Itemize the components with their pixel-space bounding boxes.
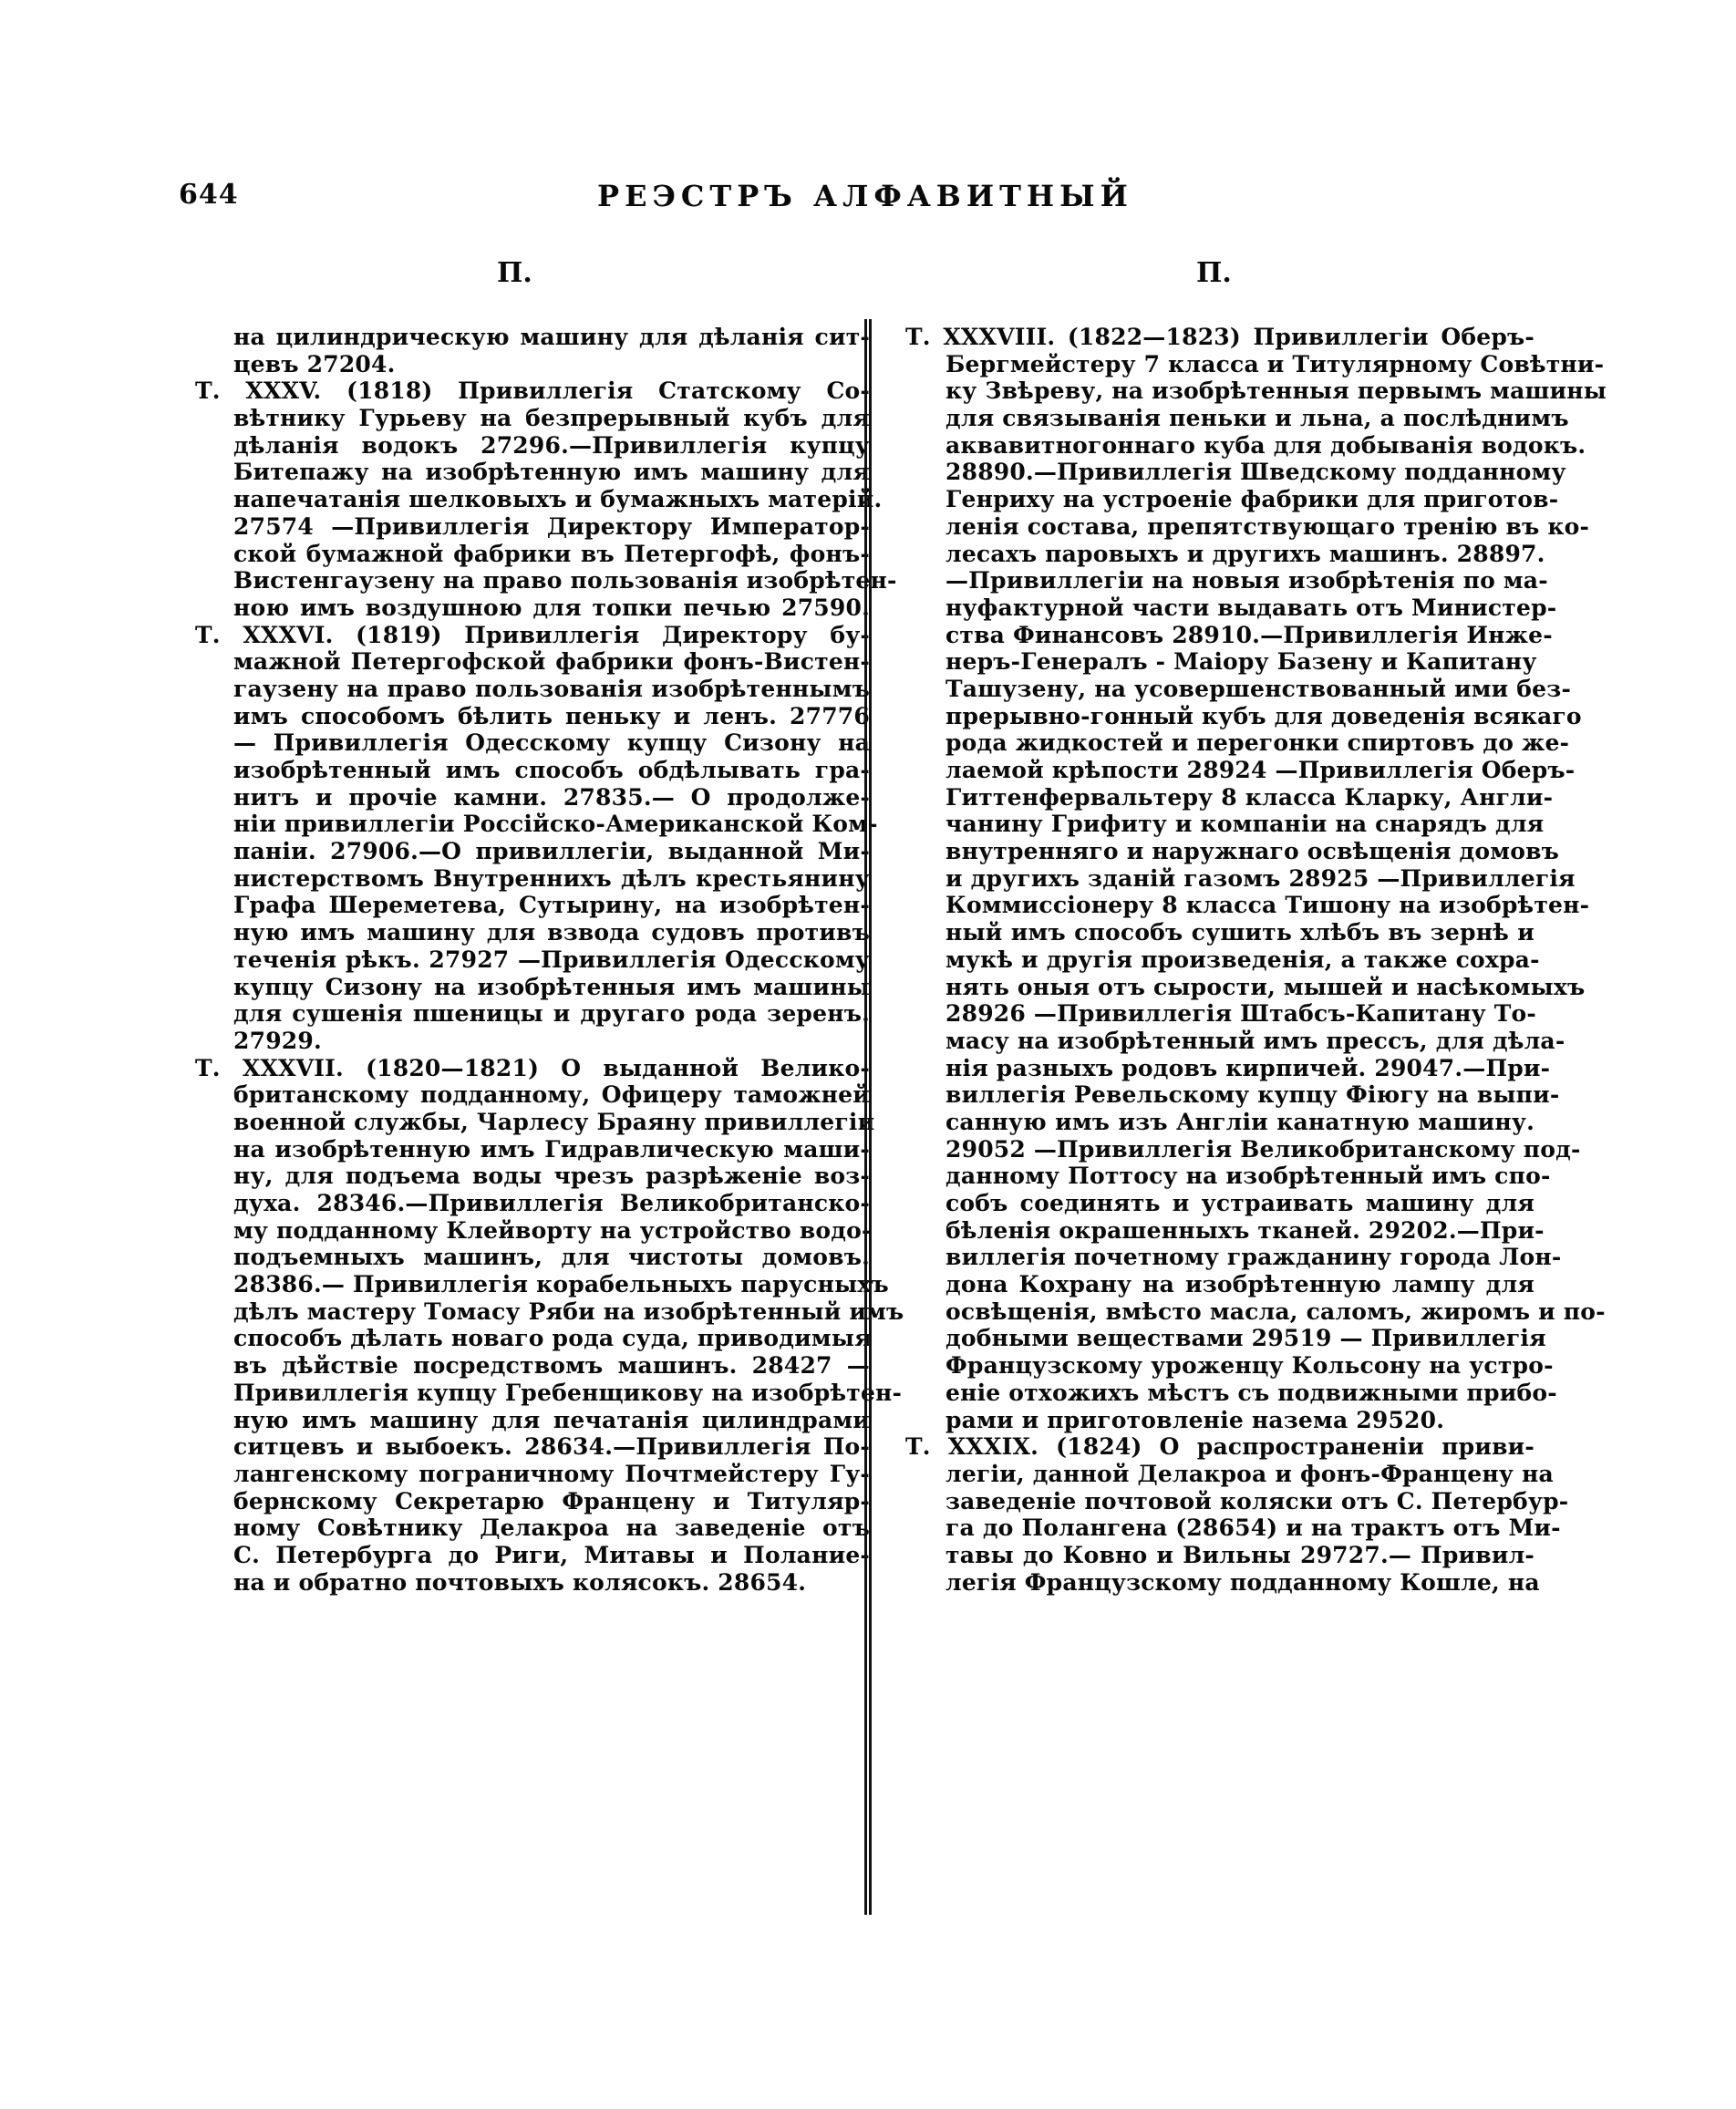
- running-head: 644 РЕЭСТРЪ АЛФАВИТНЫЙ: [0, 179, 1736, 215]
- text-line: для связыванія пеньки и льна, а послѣдни…: [905, 405, 1534, 432]
- text-line: прерывно-гонный кубъ для доведенія всяка…: [905, 703, 1534, 730]
- text-line: бернскому Секретарю Францену и Титуляр-: [195, 1488, 870, 1515]
- text-line: ному Совѣтнику Делакроа на заведеніе отъ: [195, 1515, 870, 1542]
- text-line: Привиллегія купцу Гребенщикову на изобрѣ…: [195, 1380, 870, 1407]
- text-line: Бергмейстеру 7 класса и Титулярному Совѣ…: [905, 351, 1534, 378]
- page-number: 644: [179, 179, 239, 211]
- text-line: рами и приготовленіе назема 29520.: [905, 1407, 1534, 1434]
- text-line: чанину Грифиту и компаніи на снарядъ для: [905, 811, 1534, 838]
- text-line: Ташузену, на усовершенствованный ими без…: [905, 676, 1534, 703]
- right-column: Т. XXXVIII. (1822—1823) Привиллегіи Обер…: [905, 324, 1534, 1596]
- register-entry-heading-line: Т. XXXVIII. (1822—1823) Привиллегіи Обер…: [905, 324, 1534, 351]
- text-line: бѣленія окрашенныхъ тканей. 29202.—При-: [905, 1217, 1534, 1245]
- text-line: изобрѣтенный имъ способъ обдѣлывать гра-: [195, 757, 870, 784]
- page-title: РЕЭСТРЪ АЛФАВИТНЫЙ: [597, 179, 1133, 213]
- text-line: ку Звѣреву, на изобрѣтенныя первымъ маши…: [905, 377, 1534, 405]
- text-line: аквавитногоннаго куба для добыванія водо…: [905, 432, 1534, 460]
- text-line: —Привиллегіи на новыя изобрѣтенія по ма-: [905, 567, 1534, 594]
- text-line: Генриху на устроеніе фабрики для пригото…: [905, 486, 1534, 513]
- text-line: нистерствомъ Внутреннихъ дѣлъ крестьянин…: [195, 865, 870, 893]
- text-line: С. Петербурга до Риги, Митавы и Полание-: [195, 1542, 870, 1569]
- column-divider-rule: [864, 319, 872, 1915]
- text-line: ства Финансовъ 28910.—Привиллегія Инже-: [905, 622, 1534, 649]
- text-line: цевъ 27204.: [195, 351, 870, 378]
- text-line: еніе отхожихъ мѣстъ съ подвижными прибо-: [905, 1380, 1534, 1407]
- register-entry-heading-line: Т. XXXV. (1818) Привиллегія Статскому Со…: [195, 377, 870, 405]
- text-line: нія разныхъ родовъ кирпичей. 29047.—При-: [905, 1055, 1534, 1082]
- text-line: виллегія Ревельскому купцу Фіюгу на выпи…: [905, 1081, 1534, 1109]
- right-column-letter: П.: [1196, 257, 1232, 289]
- left-column-letter: П.: [497, 257, 532, 289]
- text-line: ситцевъ и выбоекъ. 28634.—Привиллегія По…: [195, 1433, 870, 1461]
- text-line: ную имъ машину для печатанія цилиндрами: [195, 1407, 870, 1434]
- left-column: на цилиндрическую машину для дѣланія сит…: [195, 324, 870, 1596]
- text-line: подъемныхъ машинъ, для чистоты домовъ.: [195, 1244, 870, 1271]
- text-line: мажной Петергофской фабрики фонъ-Вистен-: [195, 648, 870, 676]
- register-entry-heading-line: Т. XXXVII. (1820—1821) О выданной Велико…: [195, 1055, 870, 1082]
- text-line: му подданному Клейворту на устройство во…: [195, 1217, 870, 1245]
- text-line: — Привиллегія Одесскому купцу Сизону на: [195, 729, 870, 757]
- text-line: 28890.—Привиллегія Шведскому подданному: [905, 459, 1534, 486]
- text-line: Вистенгаузену на право пользованія изобр…: [195, 567, 870, 594]
- text-line: способъ дѣлать новаго рода суда, приводи…: [195, 1325, 870, 1352]
- text-line: тавы до Ковно и Вильны 29727.— Привил-: [905, 1542, 1534, 1569]
- text-line: дона Кохрану на изобрѣтенную лампу для: [905, 1271, 1534, 1298]
- text-line: въ дѣйствіе посредствомъ машинъ. 28427 —: [195, 1352, 870, 1380]
- text-line: и другихъ зданій газомъ 28925 —Привиллег…: [905, 865, 1534, 893]
- text-line: 27929.: [195, 1028, 870, 1055]
- text-line: Коммиссіонеру 8 класса Тишону на изобрѣт…: [905, 892, 1534, 919]
- text-line: Графа Шереметева, Сутырину, на изобрѣтен…: [195, 892, 870, 919]
- text-line: легіи, данной Делакроа и фонъ-Францену н…: [905, 1461, 1534, 1488]
- text-line: гаузену на право пользованія изобрѣтенны…: [195, 676, 870, 703]
- text-line: лаемой крѣпости 28924 —Привиллегія Оберъ…: [905, 757, 1534, 784]
- text-line: неръ-Генералъ - Маіору Базену и Капитану: [905, 648, 1534, 676]
- text-line: на изобрѣтенную имъ Гидравлическую маши-: [195, 1136, 870, 1163]
- text-line: лесахъ паровыхъ и другихъ машинъ. 28897.: [905, 541, 1534, 568]
- text-line: 28926 —Привиллегія Штабсъ-Капитану То-: [905, 1000, 1534, 1028]
- text-line: ную имъ машину для взвода судовъ противъ: [195, 919, 870, 946]
- text-line: данному Поттосу на изобрѣтенный имъ спо-: [905, 1163, 1534, 1190]
- text-line: имъ способомъ бѣлить пеньку и ленъ. 2777…: [195, 703, 870, 730]
- text-line: лангенскому пограничному Почтмейстеру Гу…: [195, 1461, 870, 1488]
- text-line: британскому подданному, Офицеру таможней: [195, 1081, 870, 1109]
- text-line: теченія рѣкъ. 27927 —Привиллегія Одесско…: [195, 946, 870, 974]
- register-entry-heading-line: Т. XXXVI. (1819) Привиллегія Директору б…: [195, 622, 870, 649]
- text-line: 28386.— Привиллегія корабельныхъ парусны…: [195, 1271, 870, 1298]
- text-line: 29052 —Привиллегія Великобританскому под…: [905, 1136, 1534, 1163]
- text-line: нять оныя отъ сырости, мышей и насѣкомых…: [905, 974, 1534, 1001]
- register-entry-heading-line: Т. XXXIX. (1824) О распространеніи приви…: [905, 1433, 1534, 1461]
- text-line: добными веществами 29519 — Привиллегія: [905, 1325, 1534, 1352]
- text-line: военной службы, Чарлесу Браяну привиллег…: [195, 1109, 870, 1136]
- text-line: дѣланія водокъ 27296.—Привиллегія купцу: [195, 432, 870, 460]
- text-line: купцу Сизону на изобрѣтенныя имъ машины: [195, 974, 870, 1001]
- text-line: ною имъ воздушною для топки печью 27590.: [195, 594, 870, 622]
- text-line: для сушенія пшеницы и другаго рода зерен…: [195, 1000, 870, 1028]
- text-line: 27574 —Привиллегія Директору Император-: [195, 513, 870, 541]
- text-line: нитъ и прочіе камни. 27835.— О продолже-: [195, 784, 870, 812]
- text-line: собъ соединять и устраивать машину для: [905, 1190, 1534, 1217]
- text-line: ленія состава, препятствующаго тренію въ…: [905, 513, 1534, 541]
- text-line: ну, для подъема воды чрезъ разрѣженіе во…: [195, 1163, 870, 1190]
- text-line: напечатанія шелковыхъ и бумажныхъ матері…: [195, 486, 870, 513]
- text-line: Французскому уроженцу Кольсону на устро-: [905, 1352, 1534, 1380]
- text-line: ской бумажной фабрики въ Петергофѣ, фонъ…: [195, 541, 870, 568]
- text-line: заведеніе почтовой коляски отъ С. Петерб…: [905, 1488, 1534, 1515]
- text-line: ніи привиллегіи Россійско-Американской К…: [195, 811, 870, 838]
- text-line: Битепажу на изобрѣтенную имъ машину для: [195, 459, 870, 486]
- text-line: вѣтнику Гурьеву на безпрерывный кубъ для: [195, 405, 870, 432]
- text-line: га до Полангена (28654) и на трактъ отъ …: [905, 1515, 1534, 1542]
- text-line: санную имъ изъ Англіи канатную машину.: [905, 1109, 1534, 1136]
- text-line: ный имъ способъ сушить хлѣбъ въ зернѣ и: [905, 919, 1534, 946]
- text-line: мукѣ и другія произведенія, а также сохр…: [905, 946, 1534, 974]
- text-line: дѣлъ мастеру Томасу Ряби на изобрѣтенный…: [195, 1298, 870, 1326]
- text-line: паніи. 27906.—О привиллегіи, выданной Ми…: [195, 838, 870, 865]
- text-line: духа. 28346.—Привиллегія Великобританско…: [195, 1190, 870, 1217]
- text-line: масу на изобрѣтенный имъ прессъ, для дѣл…: [905, 1028, 1534, 1055]
- text-line: рода жидкостей и перегонки спиртовъ до ж…: [905, 729, 1534, 757]
- text-line: освѣщенія, вмѣсто масла, саломъ, жиромъ …: [905, 1298, 1534, 1326]
- text-line: нуфактурной части выдавать отъ Министер-: [905, 594, 1534, 622]
- text-line: Гиттенфервальтеру 8 класса Кларку, Англи…: [905, 784, 1534, 812]
- text-line: на и обратно почтовыхъ колясокъ. 28654.: [195, 1569, 870, 1597]
- text-line: внутренняго и наружнаго освѣщенія домовъ: [905, 838, 1534, 865]
- text-line: на цилиндрическую машину для дѣланія сит…: [195, 324, 870, 351]
- text-line: легія Французскому подданному Кошле, на: [905, 1569, 1534, 1597]
- text-line: виллегія почетному гражданину города Лон…: [905, 1244, 1534, 1271]
